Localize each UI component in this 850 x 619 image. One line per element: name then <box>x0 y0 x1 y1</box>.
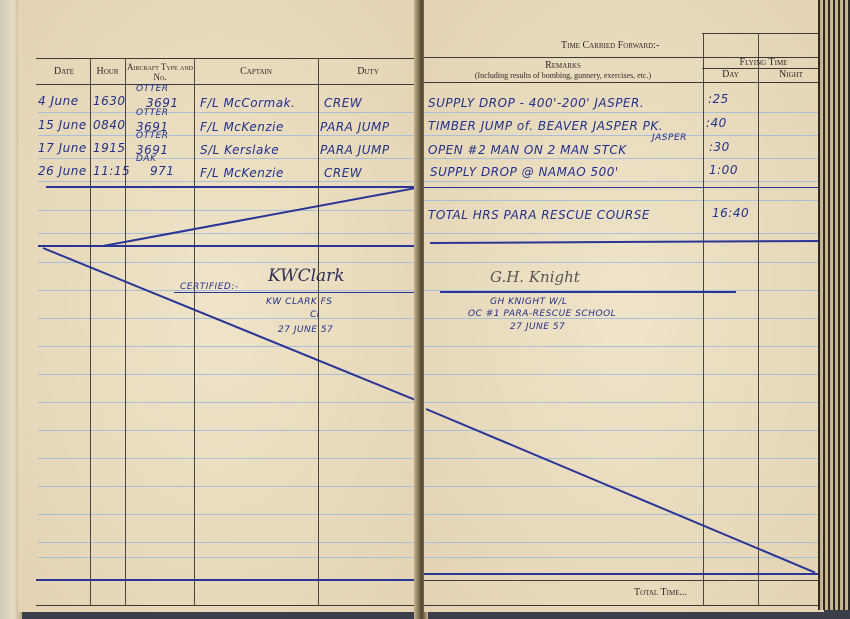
cell-date: 17 June <box>38 141 87 155</box>
certifier-title: CI <box>310 310 320 320</box>
col-header-remarks: Remarks <box>424 61 702 71</box>
cell-remark-superscript: JASPER <box>652 133 687 143</box>
ink-diagonal <box>103 187 416 247</box>
cell-duty: PARA JUMP <box>320 143 390 157</box>
time-carried-forward-label: Time Carried Forward:- <box>561 40 659 51</box>
cell-day: :40 <box>706 116 727 130</box>
cell-aircraft-type: DAK <box>136 154 157 164</box>
cell-day: 1:00 <box>709 163 738 177</box>
col-header-date: Date <box>38 67 90 77</box>
col-header-night: Night <box>758 70 824 80</box>
cell-duty: PARA JUMP <box>320 120 390 134</box>
cell-remark: TIMBER JUMP of. BEAVER JASPER PK. <box>428 119 663 133</box>
cell-hour: 11:15 <box>93 164 130 178</box>
cell-duty: CREW <box>324 96 362 110</box>
total-time-label: Total Time... <box>634 587 687 598</box>
ink-diagonal <box>426 408 816 573</box>
col-header-flying-time: Flying Time <box>703 58 824 68</box>
cell-captain: S/L Kerslake <box>200 143 279 157</box>
left-page: Date Hour Aircraft Type and No. Captain … <box>18 0 418 612</box>
cell-hour: 1915 <box>93 141 126 155</box>
cell-date: 15 June <box>38 118 87 132</box>
ink-line <box>36 579 418 581</box>
col-header-duty: Duty <box>318 67 418 77</box>
col-header-remarks-sub: (Including results of bombing, gunnery, … <box>424 71 702 81</box>
right-page: Time Carried Forward:- Remarks (Includin… <box>424 0 824 612</box>
cell-captain: F/L McCormak. <box>200 96 295 110</box>
cell-hour: 0840 <box>93 118 126 132</box>
cell-aircraft-type: OTTER <box>136 108 169 118</box>
certifier-signature: KWClark <box>268 266 345 286</box>
cell-date: 4 June <box>38 94 79 108</box>
col-header-aircraft: Aircraft Type and No. <box>127 62 193 82</box>
col-header-hour: Hour <box>90 67 125 77</box>
total-course-day: 16:40 <box>712 206 749 220</box>
page-edges <box>818 0 850 610</box>
approval-date: 27 JUNE 57 <box>510 322 565 332</box>
cell-captain: F/L McKenzie <box>200 166 284 180</box>
cell-aircraft-no: 971 <box>150 164 174 178</box>
cell-day: :30 <box>709 140 730 154</box>
approver-signature: G.H. Knight <box>490 268 580 286</box>
cell-duty: CREW <box>324 166 362 180</box>
ink-line <box>424 573 824 575</box>
col-header-day: Day <box>703 70 758 80</box>
ink-diagonal <box>43 247 433 408</box>
cell-date: 26 June <box>38 164 87 178</box>
certified-date: 27 JUNE 57 <box>278 325 333 335</box>
total-course-label: TOTAL HRS PARA RESCUE COURSE <box>428 208 650 222</box>
cell-aircraft-type: OTTER <box>136 131 169 141</box>
cell-remark: SUPPLY DROP @ NAMAO 500' <box>430 165 619 179</box>
cell-aircraft-type: OTTER <box>136 84 169 94</box>
approver-title: OC #1 PARA-RESCUE SCHOOL <box>468 309 616 319</box>
cell-remark: OPEN #2 MAN ON 2 MAN STCK <box>428 143 627 157</box>
logbook-spread: Date Hour Aircraft Type and No. Captain … <box>0 0 850 619</box>
ink-line <box>38 245 418 247</box>
certifier-name: KW CLARK FS <box>266 297 333 307</box>
col-header-captain: Captain <box>194 67 318 77</box>
cell-remark: SUPPLY DROP - 400'-200' JASPER. <box>428 96 644 110</box>
cell-captain: F/L McKenzie <box>200 120 284 134</box>
cell-day: :25 <box>708 92 729 106</box>
ink-line <box>46 186 416 188</box>
approver-name: GH KNIGHT W/L <box>490 297 567 307</box>
cell-hour: 1630 <box>93 94 126 108</box>
certified-label: CERTIFIED:- <box>180 282 239 292</box>
